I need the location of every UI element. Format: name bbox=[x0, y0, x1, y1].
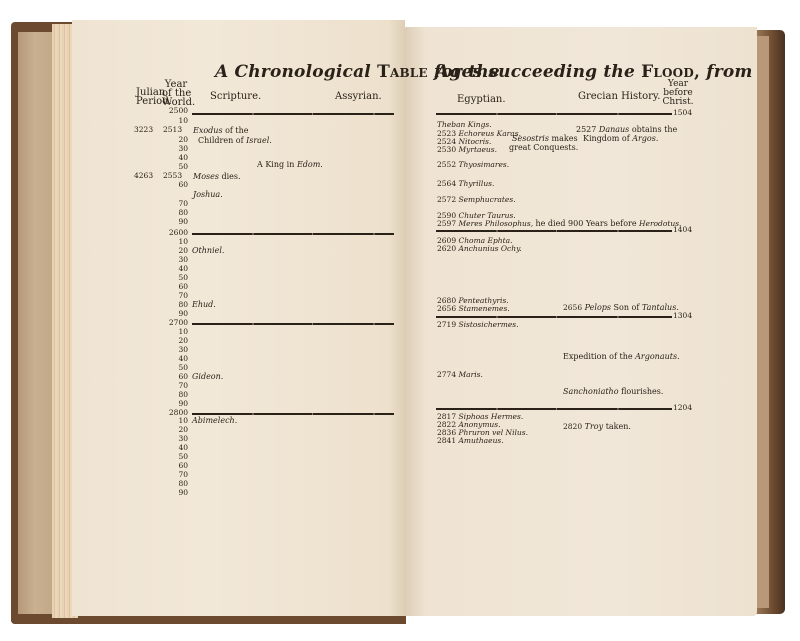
egypt-row: 2530 Myrtaeus. bbox=[437, 146, 497, 154]
bc-1504: 1504 bbox=[673, 109, 692, 117]
sesostris-entry-line2: great Conquests. bbox=[509, 143, 578, 152]
text: taken. bbox=[606, 422, 631, 431]
title-smallcaps: Table bbox=[377, 62, 428, 82]
year: 2572 bbox=[437, 195, 456, 204]
right-page-title: Ages succeeding the Flood, from bbox=[436, 62, 753, 82]
section-rule bbox=[192, 233, 394, 235]
othniel-entry: Othniel. bbox=[192, 246, 224, 255]
egypt-row: 2841 Amuthaeus. bbox=[437, 437, 504, 445]
text: Expedition of the bbox=[563, 352, 633, 361]
name: Myrtaeus. bbox=[458, 145, 497, 154]
name: Anchunius Ochy. bbox=[458, 244, 521, 253]
year-of-world-header: Year of the World. bbox=[162, 80, 190, 107]
egyptian-header: Egyptian. bbox=[457, 95, 506, 105]
text: makes bbox=[552, 134, 578, 143]
year: 2552 bbox=[437, 160, 456, 169]
theban-kings-label: Theban Kings. bbox=[437, 121, 492, 129]
egypt-row-2597: 2597 Meres Philosophus, he died 900 Year… bbox=[437, 220, 681, 228]
text: obtains the bbox=[632, 125, 677, 134]
scripture-header: Scripture. bbox=[210, 92, 261, 102]
year-2500: 2500 bbox=[160, 107, 188, 116]
egypt-row-2719: 2719 Sistosichermes. bbox=[437, 321, 518, 329]
left-page bbox=[72, 20, 405, 616]
name: Amuthaeus. bbox=[458, 436, 503, 445]
name: Sistosichermes. bbox=[458, 320, 518, 329]
bc-1404: 1404 bbox=[673, 226, 692, 234]
exodus-entry-line2: Children of Israel. bbox=[198, 136, 272, 145]
bc-1304: 1304 bbox=[673, 312, 692, 320]
section-rule bbox=[436, 316, 672, 318]
name: Thyosimares. bbox=[458, 160, 509, 169]
danaus-entry-line2: Kingdom of Argos. bbox=[583, 134, 658, 143]
text: Argos. bbox=[632, 134, 658, 143]
name: Maris. bbox=[458, 370, 482, 379]
year: 2719 bbox=[437, 320, 456, 329]
text: Argonauts. bbox=[635, 352, 679, 361]
text: he died 900 Years before bbox=[536, 219, 637, 228]
exodus-entry: Exodus of the bbox=[193, 126, 249, 135]
text: Edom. bbox=[297, 160, 323, 169]
section-rule bbox=[436, 230, 672, 232]
egypt-row-2552: 2552 Thyosimares. bbox=[437, 161, 509, 169]
section-rule bbox=[436, 113, 672, 115]
troy-entry: 2820 Troy taken. bbox=[563, 422, 631, 431]
sanchoniatho-entry: Sanchoniatho flourishes. bbox=[563, 387, 663, 396]
name: Semphucrates. bbox=[458, 195, 515, 204]
name: Stamenemes. bbox=[458, 304, 509, 313]
text: Son of bbox=[614, 303, 640, 312]
year-tick: 90 bbox=[160, 218, 188, 227]
year: 2841 bbox=[437, 436, 456, 445]
year-tick: 60 bbox=[160, 181, 188, 190]
pelops-entry: 2656 Pelops Son of Tantalus. bbox=[563, 303, 679, 312]
text: A King in bbox=[257, 160, 294, 169]
year: 2564 bbox=[437, 179, 456, 188]
text: Sanchoniatho bbox=[563, 387, 619, 396]
section-rule bbox=[192, 113, 394, 115]
year: 2656 bbox=[437, 304, 456, 313]
moses-entry: Moses dies. bbox=[193, 172, 241, 181]
title-tail: from bbox=[706, 62, 752, 82]
abimelech-entry: Abimelech. bbox=[192, 416, 237, 425]
text: of the bbox=[225, 126, 248, 135]
danaus-entry: 2527 Danaus obtains the bbox=[576, 125, 677, 134]
title-italic: A Chronological bbox=[215, 62, 371, 82]
name: Meres Philosophus, bbox=[458, 219, 533, 228]
text: Moses bbox=[193, 172, 219, 181]
julian-3223: 3223 bbox=[134, 126, 153, 135]
grecian-history-header: Grecian History. bbox=[578, 92, 660, 102]
text: Children of bbox=[198, 136, 244, 145]
year: 2774 bbox=[437, 370, 456, 379]
text: flourishes. bbox=[621, 387, 663, 396]
joshua-entry: Joshua. bbox=[193, 190, 223, 199]
section-rule bbox=[192, 323, 394, 325]
gideon-entry: Gideon. bbox=[192, 372, 223, 381]
egypt-row-2620: 2620 Anchunius Ochy. bbox=[437, 245, 522, 253]
bc-1204: 1204 bbox=[673, 404, 692, 412]
year: 2530 bbox=[437, 145, 456, 154]
year: 2656 bbox=[563, 303, 582, 312]
year-2513: 2513 bbox=[163, 126, 182, 135]
year: 2620 bbox=[437, 244, 456, 253]
year: 2597 bbox=[437, 219, 456, 228]
section-rule bbox=[436, 408, 672, 410]
egypt-row-2572: 2572 Semphucrates. bbox=[437, 196, 516, 204]
text: Israel. bbox=[246, 136, 272, 145]
egypt-row-2774: 2774 Maris. bbox=[437, 371, 483, 379]
assyrian-header: Assyrian. bbox=[335, 92, 382, 102]
header-line: Christ. bbox=[660, 98, 696, 107]
year-tick: 90 bbox=[160, 489, 188, 498]
text: Sesostris bbox=[512, 134, 549, 143]
text: Kingdom of bbox=[583, 134, 630, 143]
text: Pelops bbox=[585, 303, 611, 312]
text: Troy bbox=[585, 422, 604, 431]
right-page-edges bbox=[755, 36, 769, 608]
text: Danaus bbox=[599, 125, 629, 134]
sesostris-entry: Sesostris makes bbox=[512, 134, 578, 143]
king-in-edom-entry: A King in Edom. bbox=[257, 160, 323, 169]
year: 2820 bbox=[563, 422, 582, 431]
julian-4263: 4263 bbox=[134, 172, 153, 181]
egypt-row-2564: 2564 Thyrillus. bbox=[437, 180, 494, 188]
year: 2527 bbox=[576, 125, 596, 134]
section-rule bbox=[192, 413, 394, 415]
text: dies. bbox=[222, 172, 241, 181]
text: Exodus bbox=[193, 126, 223, 135]
title-italic: Ages succeeding the bbox=[436, 62, 635, 82]
argonauts-entry: Expedition of the Argonauts. bbox=[563, 352, 680, 361]
name: Thyrillus. bbox=[458, 179, 494, 188]
ehud-entry: Ehud. bbox=[192, 300, 216, 309]
year-before-christ-header: Year before Christ. bbox=[660, 80, 696, 107]
egypt-row-2656: 2656 Stamenemes. bbox=[437, 305, 510, 313]
